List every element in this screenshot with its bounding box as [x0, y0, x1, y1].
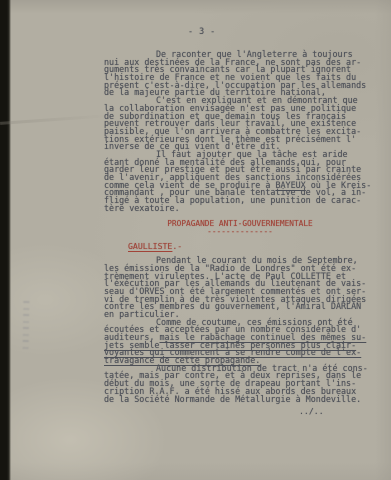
text-line: de la Société Normande de Métallurgie à … [104, 396, 376, 404]
margin-stamp-illegible [23, 297, 30, 349]
subsection-heading: GAULLISTE.- [128, 243, 376, 251]
typed-text: de la Société Normande de Métallurgie à … [104, 394, 361, 404]
scanner-edge [0, 0, 11, 480]
subsection-suffix: .- [172, 241, 182, 251]
document-body: De raconter que l'Angleterre à toujoursn… [104, 51, 376, 403]
scanned-document-page: - 3 - De raconter que l'Angleterre à tou… [0, 0, 391, 480]
text-line: tère vexatoire. [104, 205, 376, 213]
continuation-mark: ../.. [299, 406, 324, 416]
typed-text: tère vexatoire. [104, 203, 180, 213]
subsection-label: GAULLISTE [128, 241, 172, 251]
paper-crease [0, 114, 110, 125]
page-number: - 3 - [188, 26, 216, 36]
section-heading-underline: -------------- [104, 228, 376, 235]
